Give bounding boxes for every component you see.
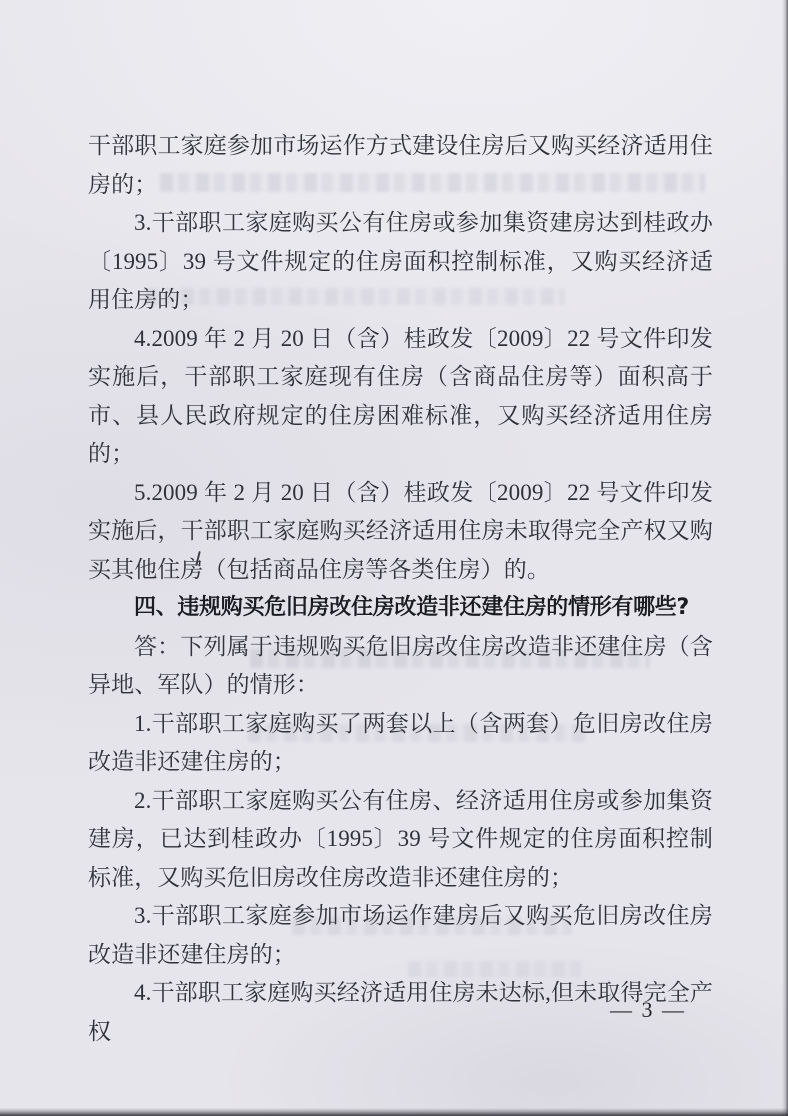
paragraph-list-item: 5.2009 年 2 月 20 日（含）桂政发〔2009〕22 号文件印发实施后… bbox=[88, 474, 713, 590]
paragraph-list-item: 1.干部职工家庭购买了两套以上（含两套）危旧房改住房改造非还建住房的； bbox=[88, 705, 713, 782]
page-number: — 3 — bbox=[610, 997, 686, 1023]
scan-edge-shadow bbox=[0, 1108, 788, 1116]
paragraph-list-item: 3.干部职工家庭购买公有住房或参加集资建房达到桂政办〔1995〕39 号文件规定… bbox=[88, 204, 713, 320]
paragraph-continuation: 干部职工家庭参加市场运作方式建设住房后又购买经济适用住房的； bbox=[88, 127, 713, 204]
document-body: 干部职工家庭参加市场运作方式建设住房后又购买经济适用住房的； 3.干部职工家庭购… bbox=[88, 127, 713, 1051]
paragraph-list-item: 4.2009 年 2 月 20 日（含）桂政发〔2009〕22 号文件印发实施后… bbox=[88, 320, 713, 474]
scanned-page: 干部职工家庭参加市场运作方式建设住房后又购买经济适用住房的； 3.干部职工家庭购… bbox=[0, 0, 788, 1116]
paragraph-list-item: 3.干部职工家庭参加市场运作建房后又购买危旧房改住房改造非还建住房的； bbox=[88, 897, 713, 974]
scan-edge-shadow bbox=[782, 0, 788, 1116]
section-heading: 四、违规购买危旧房改住房改造非还建住房的情形有哪些? bbox=[88, 589, 713, 628]
paragraph-list-item: 2.干部职工家庭购买公有住房、经济适用住房或参加集资建房，已达到桂政办〔1995… bbox=[88, 782, 713, 898]
paragraph-answer-lead: 答：下列属于违规购买危旧房改住房改造非还建住房（含异地、军队）的情形： bbox=[88, 628, 713, 705]
